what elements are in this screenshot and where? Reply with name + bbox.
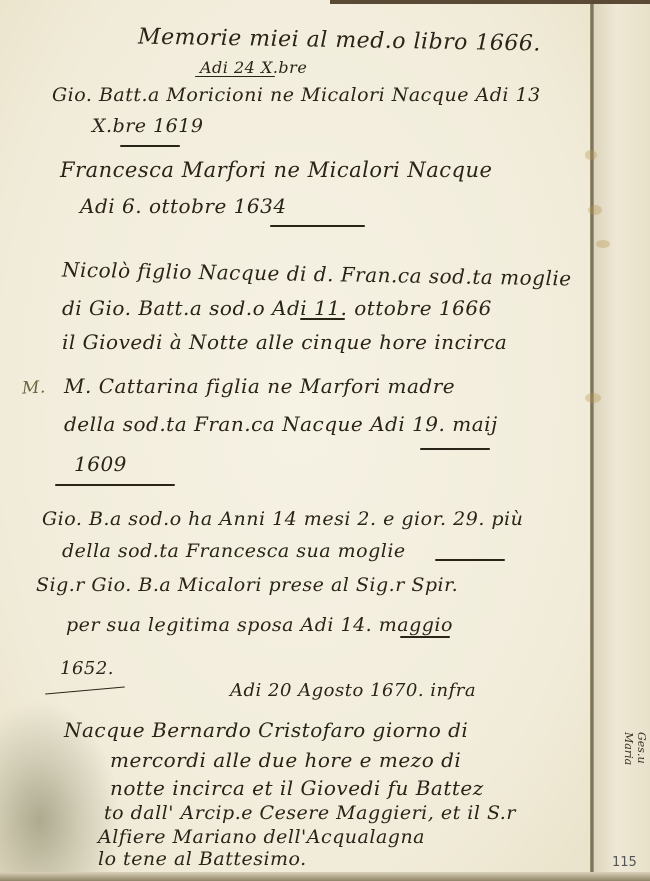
bottom-page-edge: [0, 872, 650, 881]
entry-6-line-5: Alfiere Mariano dell'Acqualagna: [98, 826, 425, 848]
entry-5-line-3: Sig.r Gio. B.a Micalori prese al Sig.r S…: [36, 574, 458, 596]
entry-2-underline: [270, 225, 365, 227]
binding-gutter: [590, 0, 594, 881]
entry-2-line-2: Adi 6. ottobre 1634: [80, 194, 287, 218]
entry-6-line-4: to dall' Arcip.e Cesere Maggieri, et il …: [104, 802, 516, 824]
heading-date: Adi 24 X.bre: [200, 58, 307, 77]
top-binding-edge: [330, 0, 650, 4]
entry-6-line-3: notte incirca et il Giovedi fu Battez: [110, 776, 484, 800]
heading-underline: [195, 76, 275, 77]
entry-1-line-2: X.bre 1619: [92, 115, 203, 137]
entry-5-line-2: della sod.ta Francesca sua moglie: [62, 540, 406, 562]
entry-1-line-1: Gio. Batt.a Moricioni ne Micalori Nacque…: [52, 84, 541, 106]
entry-4-line-3: 1609: [74, 452, 127, 476]
entry-6-line-2: mercordi alle due hore e mezo di: [110, 748, 461, 772]
entry-5-line-4: per sua legitima sposa Adi 14. maggio: [66, 614, 453, 636]
right-margin-vertical-note: Ges.u Maria: [622, 732, 648, 765]
entry-3-line-3: il Giovedi à Notte alle cinque hore inci…: [62, 330, 507, 354]
margin-abbreviation: M.: [21, 377, 46, 398]
foxing-stain: [588, 205, 602, 215]
foxing-stain: [596, 240, 610, 248]
foxing-stain: [585, 150, 597, 160]
foxing-stain: [585, 393, 601, 403]
entry-1-underline: [120, 145, 180, 147]
entry-5-date-underline: [400, 636, 450, 638]
entry-5-underline: [435, 559, 505, 561]
entry-6-header: Adi 20 Agosto 1670. infra: [230, 680, 476, 701]
entry-3-line-2: di Gio. Batt.a sod.o Adi 11. ottobre 166…: [62, 296, 492, 320]
entry-6-line-6: lo tene al Battesimo.: [98, 848, 307, 870]
entry-5-line-1: Gio. B.a sod.o ha Anni 14 mesi 2. e gior…: [42, 508, 523, 530]
entry-5-line-5: 1652.: [60, 658, 114, 679]
entry-4-underline: [55, 484, 175, 486]
entry-3-date-underline: [300, 318, 345, 320]
folio-number: 115: [612, 855, 637, 870]
entry-4-line-2: della sod.ta Fran.ca Nacque Adi 19. maij: [64, 412, 498, 436]
entry-6-line-1: Nacque Bernardo Cristofaro giorno di: [64, 718, 468, 742]
entry-2-line-1: Francesca Marfori ne Micalori Nacque: [60, 158, 492, 182]
entry-4-date-underline: [420, 448, 490, 450]
entry-4-line-1: M. Cattarina figlia ne Marfori madre: [64, 374, 455, 398]
